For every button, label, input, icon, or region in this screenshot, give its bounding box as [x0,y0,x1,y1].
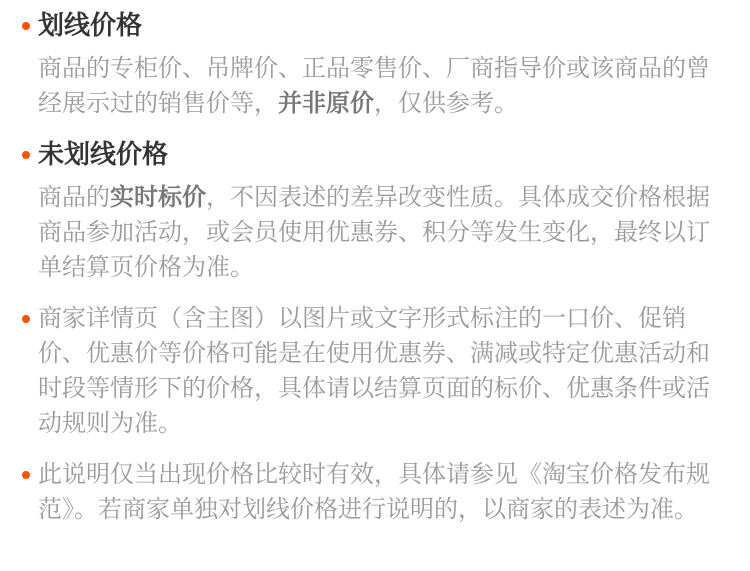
bullet-dot-icon [22,22,30,30]
unstruck-price-heading: 未划线价格 [38,137,714,172]
strikethrough-price-paragraph: 商品的专柜价、吊牌价、正品零售价、厂商指导价或该商品的曾经展示过的销售价等，并非… [38,51,714,121]
section-strikethrough-price: 划线价格 商品的专柜价、吊牌价、正品零售价、厂商指导价或该商品的曾经展示过的销售… [38,8,714,121]
section-detail-page-prices: 商家详情页（含主图）以图片或文字形式标注的一口价、促销价、优惠价等价格可能是在使… [38,301,714,441]
detail-page-prices-paragraph: 商家详情页（含主图）以图片或文字形式标注的一口价、促销价、优惠价等价格可能是在使… [38,301,714,441]
price-explanation-page: 划线价格 商品的专柜价、吊牌价、正品零售价、厂商指导价或该商品的曾经展示过的销售… [0,0,750,571]
unstruck-price-paragraph: 商品的实时标价，不因表述的差异改变性质。具体成交价格根据商品参加活动，或会员使用… [38,180,714,285]
strikethrough-price-heading: 划线价格 [38,8,714,43]
bullet-dot-icon [22,471,30,479]
section-unstruck-price: 未划线价格 商品的实时标价，不因表述的差异改变性质。具体成交价格根据商品参加活动… [38,137,714,285]
bullet-dot-icon [22,151,30,159]
validity-note-paragraph: 此说明仅当出现价格比较时有效，具体请参见《淘宝价格发布规范》。若商家单独对划线价… [38,457,714,527]
section-validity-note: 此说明仅当出现价格比较时有效，具体请参见《淘宝价格发布规范》。若商家单独对划线价… [38,457,714,527]
bullet-dot-icon [22,315,30,323]
